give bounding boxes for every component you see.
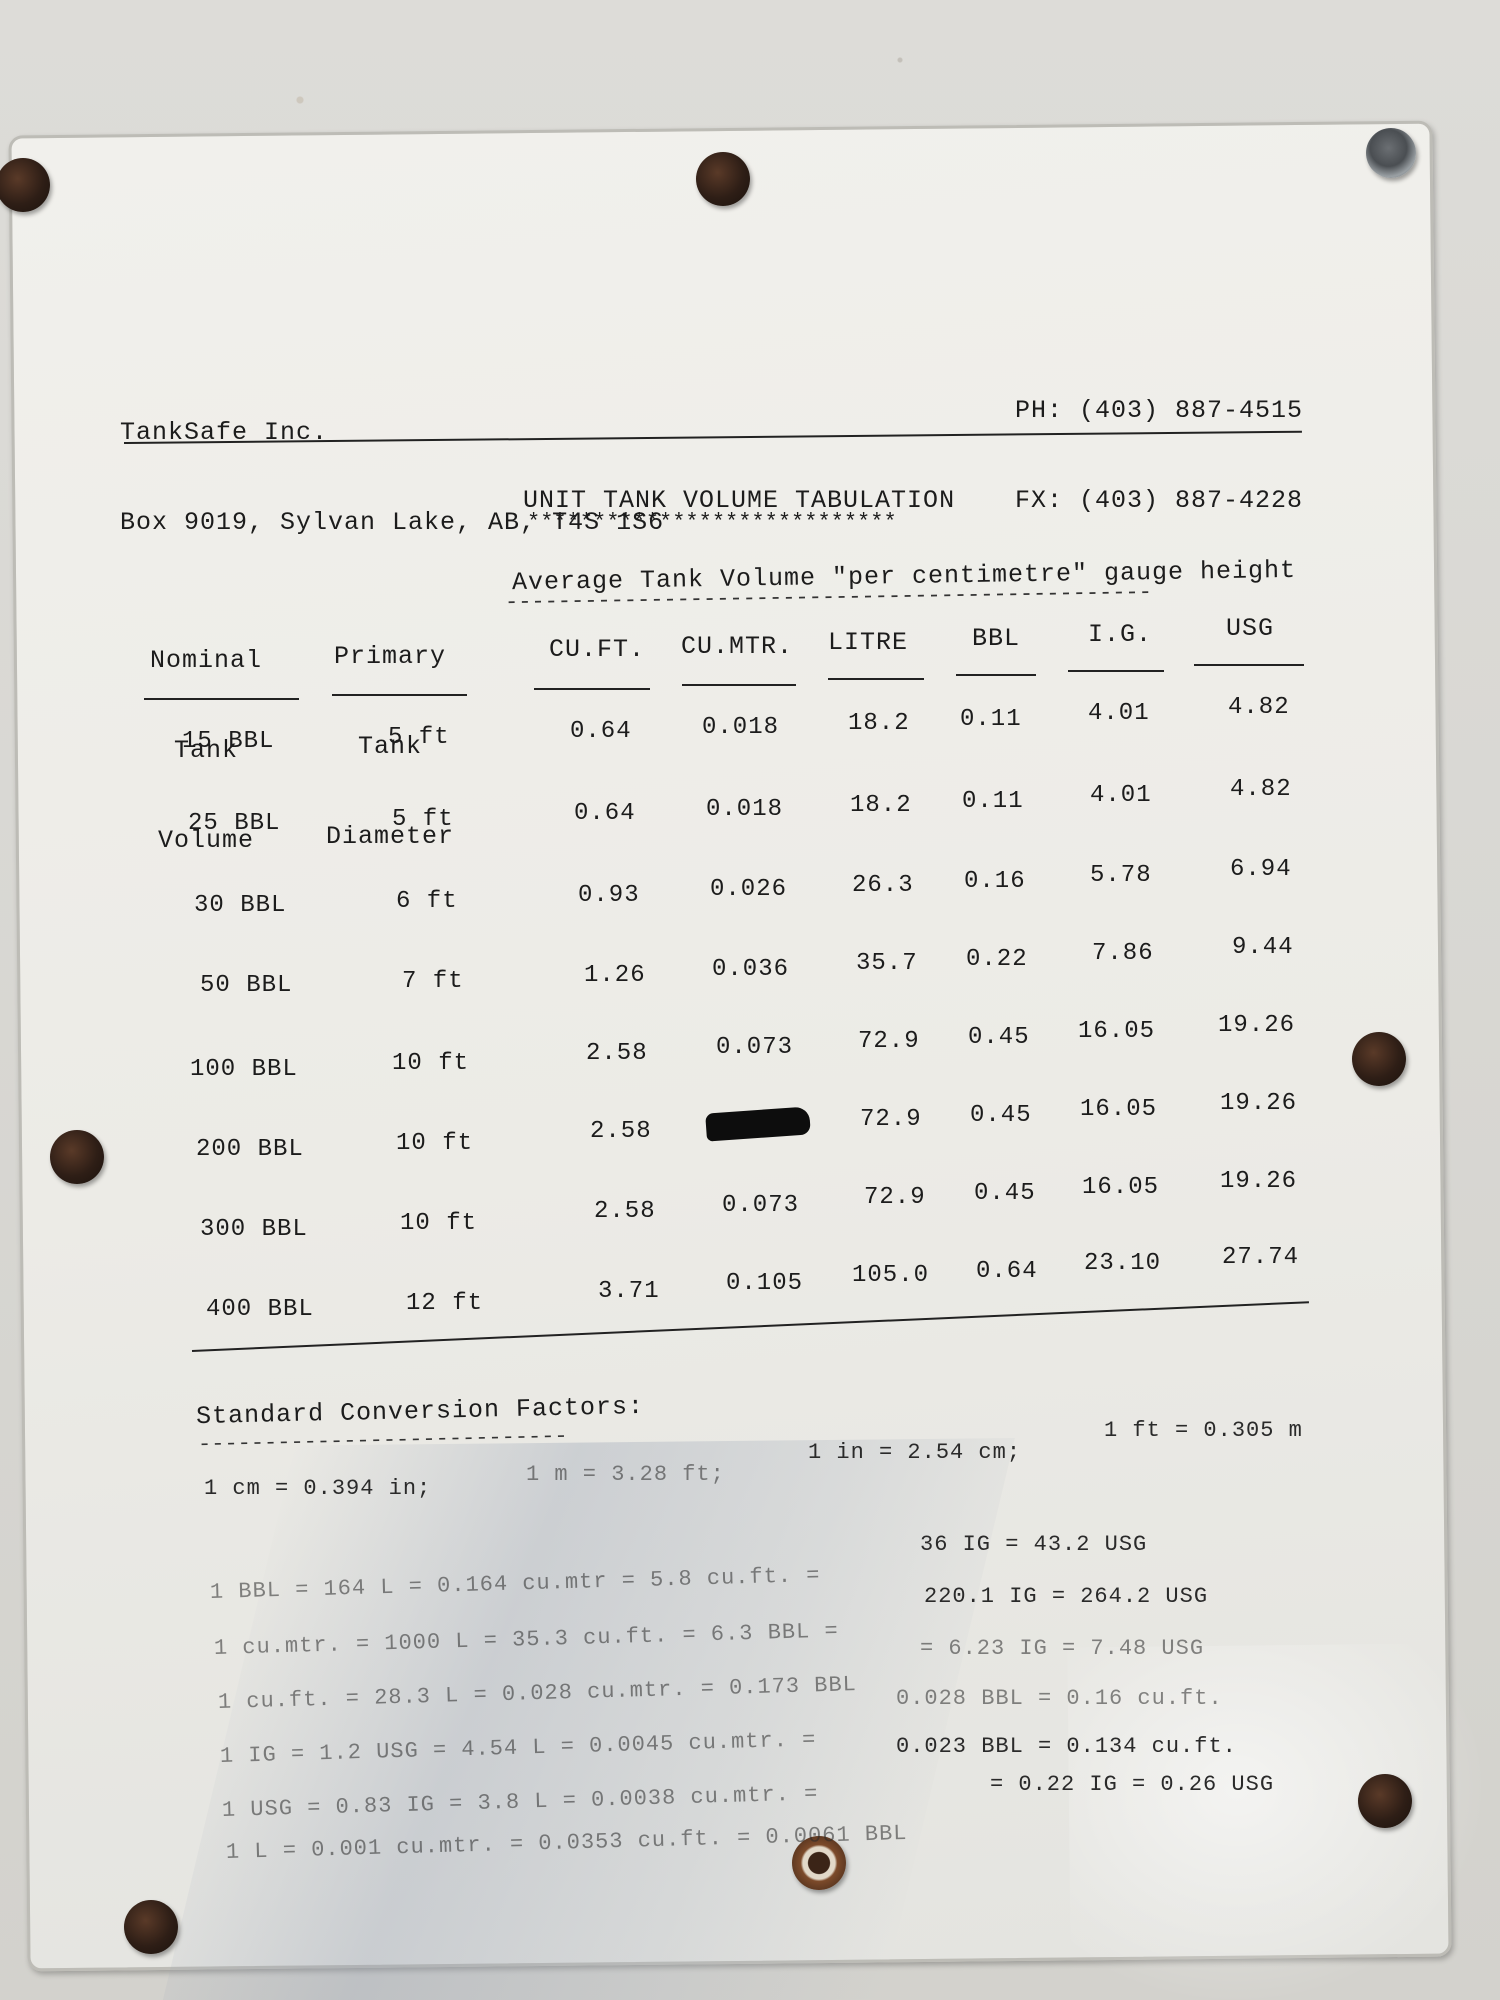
bolt-icon <box>50 1130 104 1184</box>
cell-cu-ft: 2.58 <box>590 1118 652 1145</box>
cell-volume: 30 BBL <box>194 892 286 919</box>
cell-cu-mtr: 0.026 <box>710 876 787 903</box>
cell-litre: 72.9 <box>858 1028 920 1055</box>
header-underline <box>828 678 924 680</box>
cell-cu-ft: 1.26 <box>584 962 646 989</box>
header-cu-mtr: CU.MTR. <box>681 632 793 661</box>
bolt-icon <box>696 152 750 206</box>
cell-diameter: 12 ft <box>406 1290 483 1317</box>
cell-usg: 27.74 <box>1222 1244 1299 1271</box>
cell-bbl: 0.11 <box>962 788 1024 815</box>
cell-ig: 23.10 <box>1084 1250 1161 1277</box>
fax-number: FX: (403) 887-4228 <box>1015 486 1303 516</box>
cell-usg: 19.26 <box>1220 1090 1297 1117</box>
cell-usg: 4.82 <box>1230 776 1292 803</box>
company-name: TankSafe Inc. <box>120 418 664 448</box>
header-bbl: BBL <box>972 624 1020 653</box>
cell-usg: 9.44 <box>1232 934 1294 961</box>
cell-litre: 26.3 <box>852 872 914 899</box>
cell-litre: 35.7 <box>856 950 918 977</box>
cell-usg: 6.94 <box>1230 856 1292 883</box>
cell-volume: 50 BBL <box>200 972 292 999</box>
cell-cu-mtr: 0.073 <box>722 1192 799 1219</box>
header-ig: I.G. <box>1088 620 1152 649</box>
cell-ig: 16.05 <box>1078 1018 1155 1045</box>
cell-bbl: 0.45 <box>974 1180 1036 1207</box>
cell-cu-ft: 0.64 <box>574 800 636 827</box>
conversion-length-cm: 1 cm = 0.394 in; <box>204 1476 431 1501</box>
cell-usg: 19.26 <box>1220 1168 1297 1195</box>
cell-cu-mtr: 0.018 <box>706 796 783 823</box>
header-underline <box>1068 670 1164 672</box>
phone-number: PH: (403) 887-4515 <box>1015 396 1303 426</box>
cell-volume: 300 BBL <box>200 1216 308 1243</box>
cell-ig: 16.05 <box>1082 1174 1159 1201</box>
cell-cu-ft: 3.71 <box>598 1278 660 1305</box>
conversion-length-ft: 1 ft = 0.305 m <box>1104 1418 1303 1443</box>
cell-cu-ft: 2.58 <box>594 1198 656 1225</box>
cell-volume: 100 BBL <box>190 1056 298 1083</box>
cell-cu-ft: 0.93 <box>578 882 640 909</box>
cell-volume: 400 BBL <box>206 1296 314 1323</box>
bolt-icon <box>1358 1774 1412 1828</box>
cell-bbl: 0.16 <box>964 868 1026 895</box>
cell-ig: 7.86 <box>1092 940 1154 967</box>
cell-litre: 18.2 <box>848 710 910 737</box>
cell-ig: 5.78 <box>1090 862 1152 889</box>
cell-usg: 19.26 <box>1218 1012 1295 1039</box>
cell-litre: 105.0 <box>852 1262 929 1289</box>
cell-diameter: 6 ft <box>396 888 458 915</box>
cell-bbl: 0.11 <box>960 706 1022 733</box>
company-block: TankSafe Inc. Box 9019, Sylvan Lake, AB,… <box>120 358 664 568</box>
cell-bbl: 0.64 <box>976 1258 1038 1285</box>
cell-litre: 72.9 <box>860 1106 922 1133</box>
peeled-laminate-area <box>161 1438 1015 2000</box>
header-litre: LITRE <box>828 628 908 657</box>
cell-volume: 200 BBL <box>196 1136 304 1163</box>
cell-cu-mtr: 0.105 <box>726 1270 803 1297</box>
bolt-icon <box>1366 128 1416 178</box>
cell-ig: 4.01 <box>1088 700 1150 727</box>
header-usg: USG <box>1226 614 1274 643</box>
header-cu-ft: CU.FT. <box>549 635 645 664</box>
cell-cu-mtr: 0.073 <box>716 1034 793 1061</box>
cell-diameter: 10 ft <box>396 1130 473 1157</box>
cell-cu-mtr: 0.036 <box>712 956 789 983</box>
header-underline <box>144 698 299 700</box>
cell-bbl: 0.45 <box>970 1102 1032 1129</box>
cell-diameter: 10 ft <box>392 1050 469 1077</box>
header-underline <box>1194 664 1304 666</box>
cell-cu-ft: 2.58 <box>586 1040 648 1067</box>
title-underline: **************************** <box>527 510 897 535</box>
cell-bbl: 0.22 <box>966 946 1028 973</box>
cell-ig: 4.01 <box>1090 782 1152 809</box>
conversion-length-m: 1 m = 3.28 ft; <box>526 1462 725 1487</box>
cell-diameter: 7 ft <box>402 968 464 995</box>
bolt-icon <box>124 1900 178 1954</box>
cell-litre: 18.2 <box>850 792 912 819</box>
cell-usg: 4.82 <box>1228 694 1290 721</box>
cell-diameter: 10 ft <box>400 1210 477 1237</box>
cell-volume: 25 BBL <box>188 810 280 837</box>
cell-volume: 15 BBL <box>182 728 274 755</box>
header-underline <box>332 694 467 696</box>
conversion-length-in: 1 in = 2.54 cm; <box>808 1440 1021 1465</box>
bolt-icon <box>1352 1032 1406 1086</box>
cell-ig: 16.05 <box>1080 1096 1157 1123</box>
cell-diameter: 5 ft <box>388 724 450 751</box>
header-underline <box>682 684 796 686</box>
cell-cu-ft: 0.64 <box>570 718 632 745</box>
contact-block: PH: (403) 887-4515 FX: (403) 887-4228 <box>1015 336 1303 546</box>
cell-litre: 72.9 <box>864 1184 926 1211</box>
header-underline <box>956 674 1036 676</box>
cell-bbl: 0.45 <box>968 1024 1030 1051</box>
header-underline <box>534 688 650 690</box>
cell-diameter: 5 ft <box>392 806 454 833</box>
cell-cu-mtr: 0.018 <box>702 714 779 741</box>
